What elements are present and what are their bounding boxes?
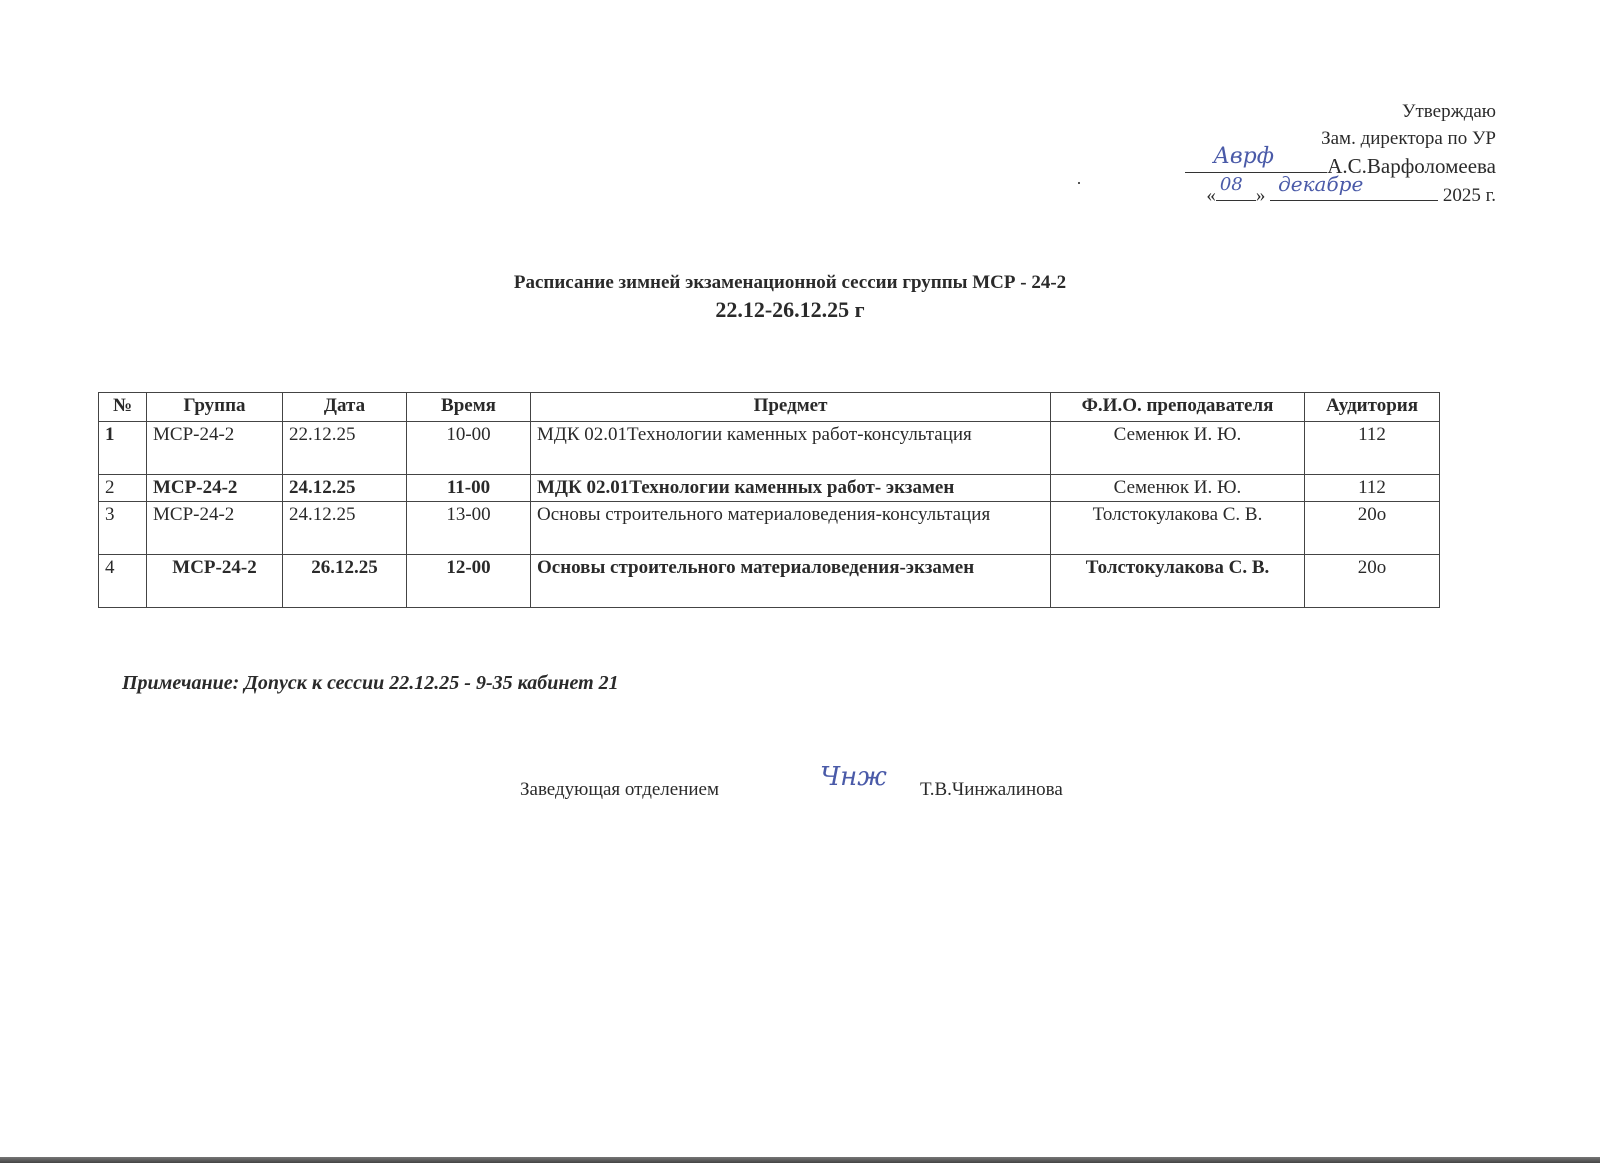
cell-room: 20о [1305,555,1440,608]
approver-signature: Аврф [1213,143,1274,170]
cell-group: МСР-24-2 [147,555,283,608]
cell-num: 2 [99,475,147,502]
header-time: Время [407,393,531,422]
header-room: Аудитория [1305,393,1440,422]
table-row: 2 МСР-24-2 24.12.25 11-00 МДК 02.01Техно… [99,475,1440,502]
cell-group: МСР-24-2 [147,422,283,475]
header-num: № [99,393,147,422]
cell-room: 20о [1305,502,1440,555]
cell-subject: МДК 02.01Технологии каменных работ- экза… [531,475,1051,502]
approval-year: 2025 г. [1443,185,1496,206]
cell-num: 1 [99,422,147,475]
cell-time: 11-00 [407,475,531,502]
cell-time: 12-00 [407,555,531,608]
approve-label: Утверждаю [1185,98,1496,125]
header-date: Дата [283,393,407,422]
cell-subject: Основы строительного материаловедения-эк… [531,555,1051,608]
signature-field: Аврф [1185,152,1327,173]
cell-room: 112 [1305,422,1440,475]
approval-month: декабре [1278,171,1363,198]
approval-block: Утверждаю Зам. директора по УР Аврф А.С.… [1185,98,1496,209]
cell-room: 112 [1305,475,1440,502]
cell-subject: МДК 02.01Технологии каменных работ-консу… [531,422,1051,475]
cell-teacher: Семенюк И. Ю. [1051,422,1305,475]
session-note: Примечание: Допуск к сессии 22.12.25 - 9… [122,672,619,695]
department-head-signature-block: Заведующая отделениемЧнжТ.В.Чинжалинова [520,772,1063,802]
scan-speck [1078,182,1080,184]
table-row: 4 МСР-24-2 26.12.25 12-00 Основы строите… [99,555,1440,608]
document-title: Расписание зимней экзаменационной сессии… [0,270,1600,324]
cell-num: 4 [99,555,147,608]
cell-time: 13-00 [407,502,531,555]
header-group: Группа [147,393,283,422]
cell-date: 24.12.25 [283,502,407,555]
department-head-name: Т.В.Чинжалинова [920,779,1063,800]
cell-group: МСР-24-2 [147,475,283,502]
month-field: декабре [1270,180,1438,201]
header-subject: Предмет [531,393,1051,422]
cell-teacher: Толстокулакова С. В. [1051,555,1305,608]
cell-teacher: Семенюк И. Ю. [1051,475,1305,502]
table-header-row: № Группа Дата Время Предмет Ф.И.О. препо… [99,393,1440,422]
approval-day: 08 [1220,171,1243,198]
header-teacher: Ф.И.О. преподавателя [1051,393,1305,422]
cell-teacher: Толстокулакова С. В. [1051,502,1305,555]
cell-date: 24.12.25 [283,475,407,502]
approval-date: «08» декабре 2025 г. [1185,180,1496,209]
cell-time: 10-00 [407,422,531,475]
title-line-2: 22.12-26.12.25 г [0,296,1600,324]
table-row: 3 МСР-24-2 24.12.25 13-00 Основы строите… [99,502,1440,555]
cell-subject: Основы строительного материаловедения-ко… [531,502,1051,555]
cell-date: 22.12.25 [283,422,407,475]
day-field: 08 [1216,180,1256,201]
title-line-1: Расписание зимней экзаменационной сессии… [0,270,1600,296]
department-head-position: Заведующая отделением [520,779,820,801]
scan-edge-bar [0,1157,1600,1163]
department-head-signature: Чнж [820,762,920,792]
cell-date: 26.12.25 [283,555,407,608]
exam-schedule-table: № Группа Дата Время Предмет Ф.И.О. препо… [98,392,1440,608]
table-row: 1 МСР-24-2 22.12.25 10-00 МДК 02.01Техно… [99,422,1440,475]
cell-group: МСР-24-2 [147,502,283,555]
cell-num: 3 [99,502,147,555]
